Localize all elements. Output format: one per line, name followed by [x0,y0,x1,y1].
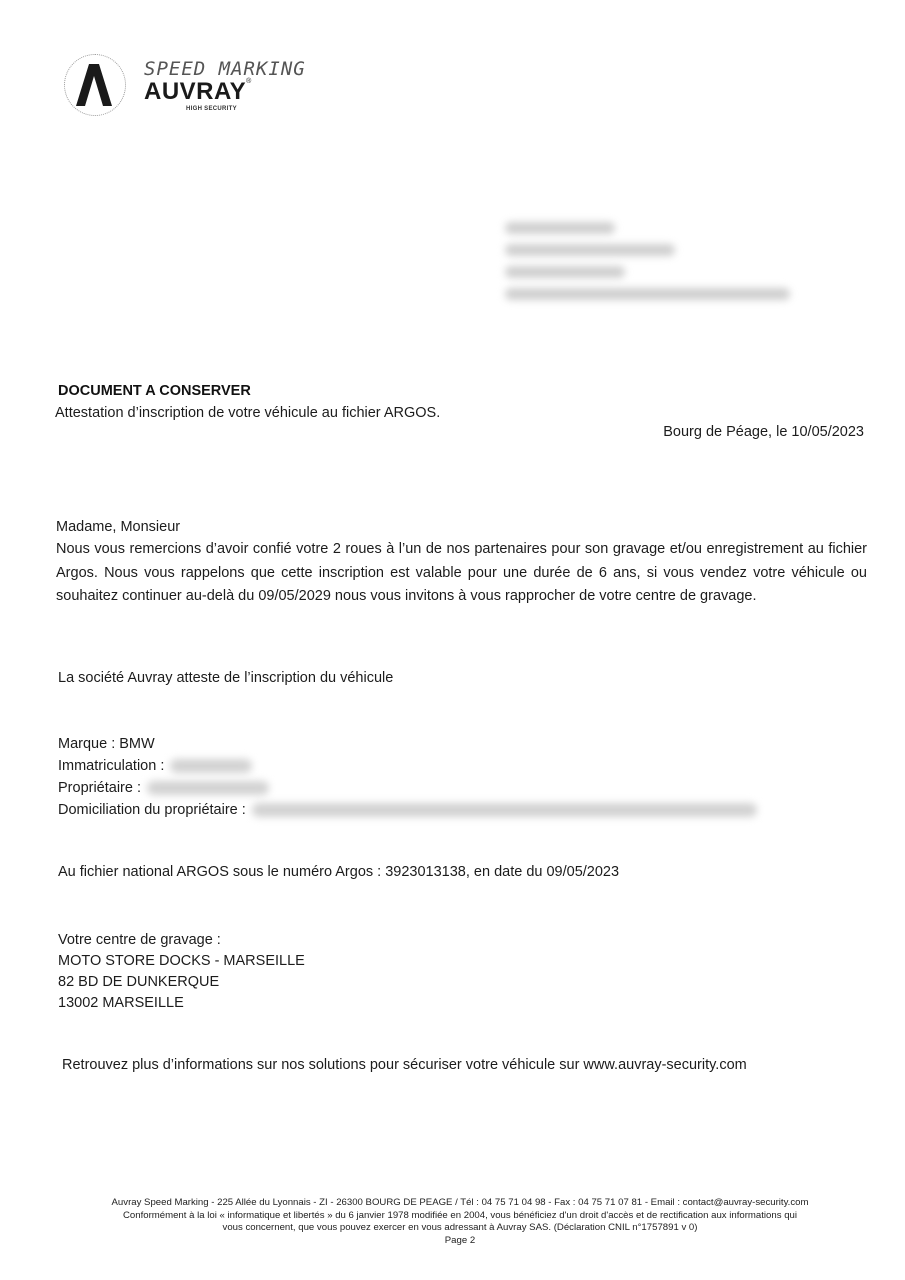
redacted-value [252,803,757,817]
page-number: Page 2 [50,1235,870,1248]
field-label: Domiciliation du propriétaire : [58,802,246,818]
field-brand: Marque : BMW [58,733,155,755]
engraving-center-name: MOTO STORE DOCKS - MARSEILLE [58,950,305,972]
field-owner-address: Domiciliation du propriétaire : [58,799,757,821]
engraving-center-street: 82 BD DE DUNKERQUE [58,971,219,993]
engraving-center-city: 13002 MARSEILLE [58,992,184,1014]
body-paragraph: Nous vous remercions d’avoir confié votr… [56,538,867,609]
field-registration: Immatriculation : [58,755,252,777]
place-and-date: Bourg de Péage, le 10/05/2023 [663,421,864,443]
engraving-center-heading: Votre centre de gravage : [58,929,221,951]
redacted-line [505,266,625,278]
auvray-a-logo-icon [74,62,114,106]
field-label: Propriétaire : [58,780,141,796]
document-subtitle: Attestation d’inscription de votre véhic… [55,402,440,424]
registered-mark: ® [246,78,252,85]
logo-tagline-top: SPEED MARKING [144,58,306,80]
document-title: DOCUMENT A CONSERVER [58,383,251,399]
footer-legal-line-1: Conformément à la loi « informatique et … [50,1210,870,1223]
logo-brand: AUVRAY® [144,78,252,106]
field-label: Marque : [58,736,115,752]
company-logo: SPEED MARKING AUVRAY® HIGH SECURITY [60,48,330,120]
redacted-value [147,781,269,795]
redacted-line [505,288,790,300]
attestation-intro: La société Auvray atteste de l’inscripti… [58,667,393,689]
footer-legal-line-2: vous concernent, que vous pouvez exercer… [50,1222,870,1235]
redacted-recipient-address [495,212,795,312]
field-owner: Propriétaire : [58,777,269,799]
field-label: Immatriculation : [58,758,164,774]
field-value: BMW [119,736,154,752]
argos-registration-line: Au fichier national ARGOS sous le numéro… [58,861,619,883]
redacted-line [505,222,615,234]
logo-tagline-bottom: HIGH SECURITY [186,106,237,112]
footer-company-info: Auvray Speed Marking - 225 Allée du Lyon… [50,1197,870,1210]
footer: Auvray Speed Marking - 225 Allée du Lyon… [50,1197,870,1247]
redacted-line [505,244,675,256]
logo-brand-text: AUVRAY [144,78,246,105]
salutation: Madame, Monsieur [56,516,180,538]
redacted-value [170,759,252,773]
more-info-line: Retrouvez plus d’informations sur nos so… [62,1054,747,1076]
